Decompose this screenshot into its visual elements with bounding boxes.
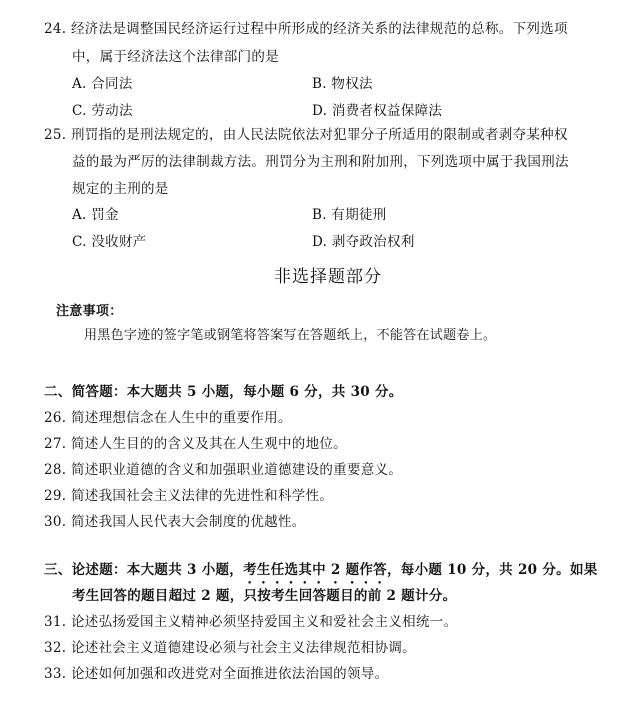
question-text: 简述职业道德的含义和加强职业道德建设的重要意义。 (71, 462, 402, 478)
question-number: 31. (44, 614, 66, 630)
question-number: 29. (44, 488, 66, 504)
option-text: 合同法 (91, 76, 132, 92)
question-number: 28. (44, 462, 66, 478)
section3-heading-suffix: ，每小题 10 分，共 20 分。如果 (387, 562, 598, 578)
option-label: C. (72, 103, 87, 119)
question-text: 论述弘扬爱国主义精神必须坚持爱国主义和爱社会主义相统一。 (71, 614, 457, 630)
question-number: 26. (44, 410, 66, 426)
q24-stem-line2: 中，属于经济法这个法律部门的是 (72, 45, 279, 65)
question-text: 简述我国社会主义法律的先进性和科学性。 (71, 488, 333, 504)
q25-option-b: B. 有期徒刑 (312, 203, 387, 223)
option-label: D. (312, 234, 327, 250)
option-text: 有期徒刑 (331, 207, 386, 223)
option-label: A. (72, 207, 87, 223)
notice-label: 注意事项： (56, 300, 123, 319)
q24-option-a: A. 合同法 (72, 72, 133, 92)
question-number: 30. (44, 514, 66, 530)
question-text: 论述如何加强和改进党对全面推进依法治国的领导。 (71, 666, 388, 682)
option-label: C. (72, 234, 87, 250)
option-label: B. (312, 76, 327, 92)
option-text: 没收财产 (91, 234, 146, 250)
part2-title: 非选择题部分 (274, 262, 382, 287)
section3-heading-prefix: 三、论述题：本大题共 3 小题， (44, 562, 243, 578)
option-text: 消费者权益保障法 (332, 103, 442, 119)
question-text: 简述理想信念在人生中的重要作用。 (71, 410, 292, 426)
section2-heading: 二、简答题：本大题共 5 小题，每小题 6 分，共 30 分。 (44, 380, 403, 400)
q24-stem: 24. 经济法是调整国民经济运行过程中所形成的经济关系的法律规范的总称。下列选项 (44, 17, 568, 37)
q25-option-a: A. 罚金 (72, 203, 119, 223)
question-text: 论述社会主义道德建设必须与社会主义法律规范相协调。 (71, 640, 416, 656)
section3-heading-emphasis: 考生任选其中 2 题作答 (243, 562, 387, 578)
option-text: 物权法 (331, 76, 372, 92)
q30: 30. 简述我国人民代表大会制度的优越性。 (44, 510, 306, 530)
q25-stem-line2: 益的最为严厉的法律制裁方法。刑罚分为主刑和附加刑，下列选项中属于我国刑法 (72, 150, 569, 170)
q25-stem-line1: 刑罚指的是刑法规定的，由人民法院依法对犯罪分子所适用的限制或者剥夺某种权 (71, 127, 568, 143)
q24-stem-line1: 经济法是调整国民经济运行过程中所形成的经济关系的法律规范的总称。下列选项 (71, 21, 568, 37)
question-number: 27. (44, 436, 66, 452)
question-text: 简述人生目的的含义及其在人生观中的地位。 (71, 436, 347, 452)
q24-option-d: D. 消费者权益保障法 (312, 99, 442, 119)
option-text: 劳动法 (91, 103, 132, 119)
question-number: 33. (44, 666, 66, 682)
q26: 26. 简述理想信念在人生中的重要作用。 (44, 406, 292, 426)
q25-option-d: D. 剥夺政治权利 (312, 230, 415, 250)
q33: 33. 论述如何加强和改进党对全面推进依法治国的领导。 (44, 662, 388, 682)
q28: 28. 简述职业道德的含义和加强职业道德建设的重要意义。 (44, 458, 402, 478)
q27: 27. 简述人生目的的含义及其在人生观中的地位。 (44, 432, 347, 452)
option-label: A. (72, 76, 87, 92)
q29: 29. 简述我国社会主义法律的先进性和科学性。 (44, 484, 333, 504)
q25-stem: 25. 刑罚指的是刑法规定的，由人民法院依法对犯罪分子所适用的限制或者剥夺某种权 (44, 123, 568, 143)
question-text: 简述我国人民代表大会制度的优越性。 (71, 514, 306, 530)
option-text: 罚金 (91, 207, 119, 223)
q24-number: 24. (44, 21, 66, 37)
q25-option-c: C. 没收财产 (72, 230, 147, 250)
q32: 32. 论述社会主义道德建设必须与社会主义法律规范相协调。 (44, 636, 416, 656)
q31: 31. 论述弘扬爱国主义精神必须坚持爱国主义和爱社会主义相统一。 (44, 610, 457, 630)
q25-stem-line3: 规定的主刑的是 (72, 177, 169, 197)
option-label: D. (312, 103, 327, 119)
notice-text: 用黑色字迹的签字笔或钢笔将答案写在答题纸上，不能答在试题卷上。 (84, 324, 496, 343)
option-label: B. (312, 207, 327, 223)
q25-number: 25. (44, 127, 66, 143)
option-text: 剥夺政治权利 (332, 234, 415, 250)
q24-option-b: B. 物权法 (312, 72, 373, 92)
q24-option-c: C. 劳动法 (72, 99, 133, 119)
question-number: 32. (44, 640, 66, 656)
section3-heading: 三、论述题：本大题共 3 小题，考生任选其中 2 题作答，每小题 10 分，共 … (44, 558, 598, 587)
section3-heading-line2: 考生回答的题目超过 2 题，只按考生回答题目的前 2 题计分。 (72, 584, 456, 604)
